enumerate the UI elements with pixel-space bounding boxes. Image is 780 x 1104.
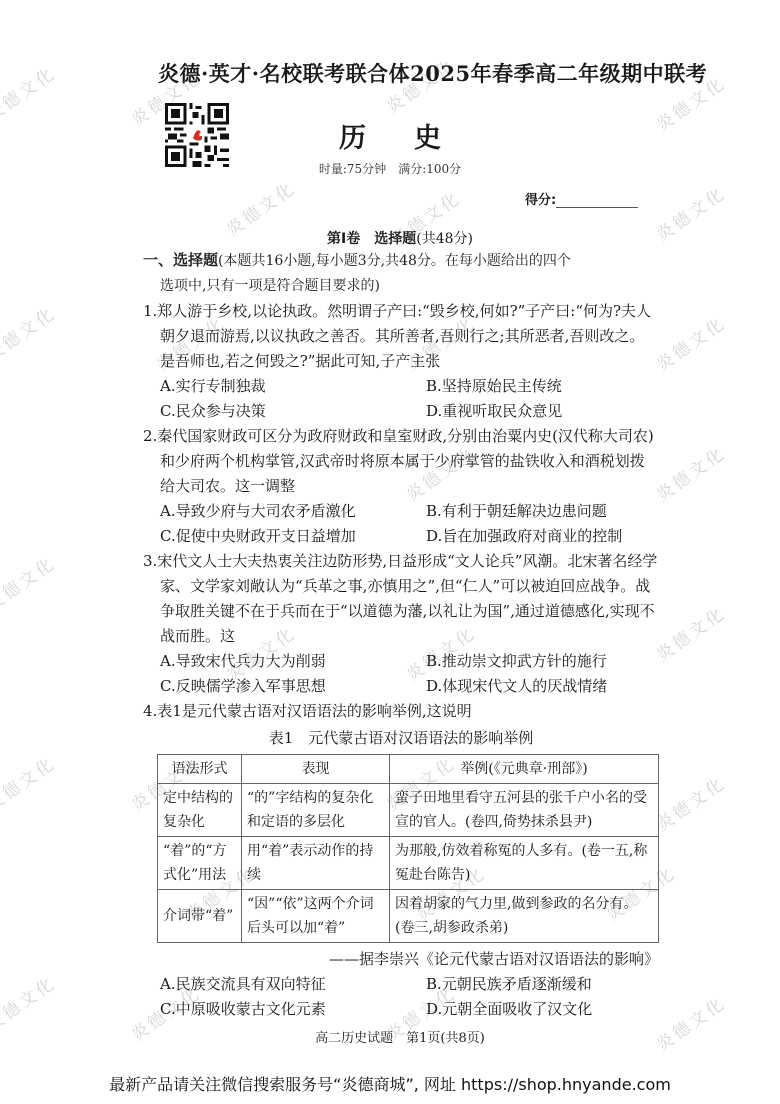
- page-footer: 高二历史试题 第1页(共8页): [140, 1027, 660, 1046]
- question-2: 2.秦代国家财政可区分为政府财政和皇室财政,分别由治粟内史(汉代称大司农)和少府…: [143, 424, 659, 549]
- option-c[interactable]: C.中原吸收蒙古文化元素: [160, 997, 426, 1022]
- option-a[interactable]: A.民族交流具有双向特征: [160, 972, 426, 997]
- table-row: 介词带“着” “因”“依”这两个介词后头可以加“着” 因着胡家的气力里,做到参政…: [158, 890, 659, 943]
- section-title: 第Ⅰ卷 选择题(共48分): [140, 228, 660, 248]
- watermark: 炎德文化: [0, 299, 60, 365]
- section-instruction: 一、选择题(本题共16小题,每小题3分,共48分。在每小题给出的四个: [143, 248, 659, 274]
- watermark: 炎德文化: [0, 549, 60, 615]
- question-stem: 3.宋代文人士大夫热衷关注边防形势,日益形成“文人论兵”风潮。北宋著名经学家、文…: [143, 549, 659, 649]
- options: A.民族交流具有双向特征 B.元朝民族矛盾逐渐缓和 C.中原吸收蒙古文化元素 D…: [143, 972, 659, 1022]
- exam-page: 炎德文化 炎德文化 炎德文化 炎德文化 炎德文化 炎德文化 炎德文化 炎德文化 …: [0, 0, 780, 1104]
- watermark: 炎德文化: [650, 309, 730, 375]
- column-header: 语法形式: [158, 755, 242, 784]
- option-c[interactable]: C.民众参与决策: [160, 399, 426, 424]
- table-cell: 因着胡家的气力里,做到参政的名分有。(卷三,胡参政杀弟): [390, 890, 659, 943]
- question-stem: 1.郑人游于乡校,以论执政。然明谓子产曰:“毁乡校,何如?”子产曰:“何为?夫人…: [143, 299, 659, 374]
- option-a[interactable]: A.导致少府与大司农矛盾激化: [160, 499, 426, 524]
- table-cell: 用“着”表示动作的持续: [242, 837, 390, 890]
- table-caption: 表1 元代蒙古语对汉语语法的影响举例: [143, 726, 659, 751]
- watermark: 炎德文化: [650, 769, 730, 835]
- instruction-text-line2: 选项中,只有一项是符合题目要求的): [143, 274, 659, 299]
- question-4: 4.表1是元代蒙古语对汉语语法的影响举例,这说明 表1 元代蒙古语对汉语语法的影…: [143, 699, 659, 1022]
- table-source: ——据李崇兴《论元代蒙古语对汉语语法的影响》: [143, 947, 659, 972]
- table-cell: “着”的“方式化”用法: [158, 837, 242, 890]
- watermark: 炎德文化: [0, 969, 60, 1035]
- section-title-points: (共48分): [416, 231, 473, 247]
- table-cell: 定中结构的复杂化: [158, 784, 242, 837]
- grammar-influence-table: 语法形式 表现 举例(《元典章·刑部》) 定中结构的复杂化 “的”字结构的复杂化…: [157, 754, 659, 943]
- question-1: 1.郑人游于乡校,以论执政。然明谓子产曰:“毁乡校,何如?”子产曰:“何为?夫人…: [143, 299, 659, 424]
- option-b[interactable]: B.推动崇文抑武方针的施行: [426, 649, 676, 674]
- promo-banner[interactable]: 最新产品请关注微信搜索服务号“炎德商城”, 网址 https://shop.hn…: [100, 1072, 680, 1095]
- table-cell: 介词带“着”: [158, 890, 242, 943]
- subject-char-2: 史: [414, 116, 441, 155]
- question-stem: 4.表1是元代蒙古语对汉语语法的影响举例,这说明: [143, 699, 659, 724]
- score-blank[interactable]: [556, 193, 638, 208]
- watermark: 炎德文化: [0, 59, 60, 125]
- column-header: 表现: [242, 755, 390, 784]
- question-content: 一、选择题(本题共16小题,每小题3分,共48分。在每小题给出的四个 选项中,只…: [143, 248, 659, 1022]
- option-d[interactable]: D.体现宋代文人的厌战情绪: [426, 674, 676, 699]
- option-b[interactable]: B.有利于朝廷解决边患问题: [426, 499, 676, 524]
- table-header-row: 语法形式 表现 举例(《元典章·刑部》): [158, 755, 659, 784]
- watermark: 炎德文化: [650, 439, 730, 505]
- option-b[interactable]: B.元朝民族矛盾逐渐缓和: [426, 972, 676, 997]
- table-cell: 蛮子田地里看守五河县的张千户小名的受宣的官人。(卷四,倚势抹杀县尹): [390, 784, 659, 837]
- table-row: “着”的“方式化”用法 用“着”表示动作的持续 为那般,仿效着称冤的人多有。(卷…: [158, 837, 659, 890]
- option-a[interactable]: A.导致宋代兵力大为削弱: [160, 649, 426, 674]
- options: A.实行专制独裁 B.坚持原始民主传统 C.民众参与决策 D.重视听取民众意见: [143, 374, 659, 424]
- instruction-heading: 一、选择题: [143, 251, 218, 269]
- table-cell: 为那般,仿效着称冤的人多有。(卷一五,称冤赴台陈告): [390, 837, 659, 890]
- subject-title: 历史: [300, 116, 480, 155]
- time-limit: 时量:75分钟: [319, 162, 386, 176]
- watermark: 炎德文化: [650, 179, 730, 245]
- option-c[interactable]: C.促使中央财政开支日益增加: [160, 524, 426, 549]
- full-score: 满分:100分: [398, 162, 461, 176]
- option-b[interactable]: B.坚持原始民主传统: [426, 374, 676, 399]
- option-c[interactable]: C.反映儒学渗入军事思想: [160, 674, 426, 699]
- subject-char-1: 历: [339, 116, 366, 155]
- watermark: 炎德文化: [0, 749, 60, 815]
- option-a[interactable]: A.实行专制独裁: [160, 374, 426, 399]
- instruction-text: (本题共16小题,每小题3分,共48分。在每小题给出的四个: [218, 253, 571, 269]
- qr-code-icon[interactable]: [165, 103, 229, 167]
- table-row: 定中结构的复杂化 “的”字结构的复杂化和定语的多层化 蛮子田地里看守五河县的张千…: [158, 784, 659, 837]
- option-d[interactable]: D.旨在加强政府对商业的控制: [426, 524, 676, 549]
- options: A.导致宋代兵力大为削弱 B.推动崇文抑武方针的施行 C.反映儒学渗入军事思想 …: [143, 649, 659, 699]
- score-label: 得分:: [525, 193, 556, 208]
- question-3: 3.宋代文人士大夫热衷关注边防形势,日益形成“文人论兵”风潮。北宋著名经学家、文…: [143, 549, 659, 699]
- options: A.导致少府与大司农矛盾激化 B.有利于朝廷解决边患问题 C.促使中央财政开支日…: [143, 499, 659, 549]
- option-d[interactable]: D.重视听取民众意见: [426, 399, 676, 424]
- exam-meta: 时量:75分钟满分:100分: [290, 160, 490, 177]
- exam-title: 炎德·英才·名校联考联合体2025年春季高二年级期中联考: [158, 58, 628, 88]
- section-title-main: 第Ⅰ卷 选择题: [327, 231, 416, 247]
- question-stem: 2.秦代国家财政可区分为政府财政和皇室财政,分别由治粟内史(汉代称大司农)和少府…: [143, 424, 659, 499]
- score-field: 得分:: [525, 189, 638, 208]
- table-cell: “因”“依”这两个介词后头可以加“着”: [242, 890, 390, 943]
- table-cell: “的”字结构的复杂化和定语的多层化: [242, 784, 390, 837]
- column-header: 举例(《元典章·刑部》): [390, 755, 659, 784]
- option-d[interactable]: D.元朝全面吸收了汉文化: [426, 997, 676, 1022]
